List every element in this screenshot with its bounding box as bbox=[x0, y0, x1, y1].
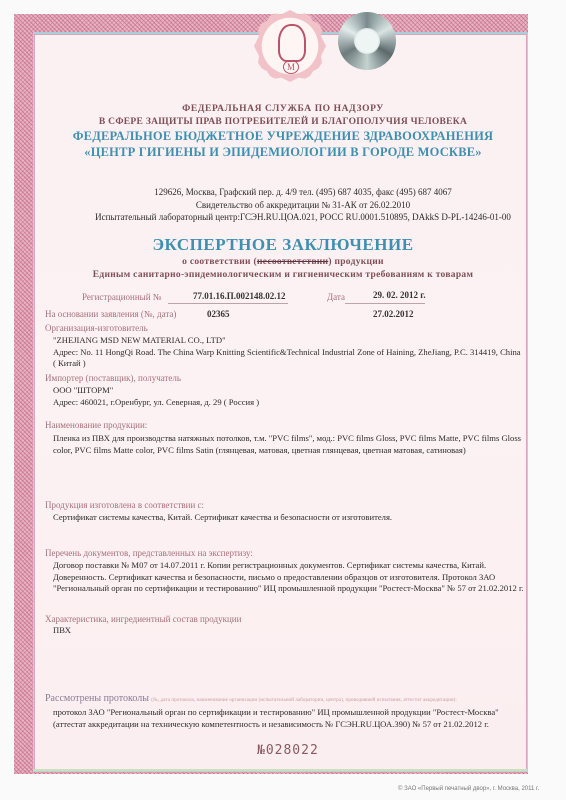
importer-address: Адрес: 460021, г.Оренбург, ул. Северная,… bbox=[53, 397, 525, 409]
contact-block: 129626, Москва, Графский пер. д. 4/9 тел… bbox=[0, 186, 566, 224]
importer-body: ООО "ШТОРМ" Адрес: 460021, г.Оренбург, у… bbox=[53, 385, 525, 408]
date-underline bbox=[345, 303, 425, 304]
importer-label: Импортер (поставщик), получатель bbox=[45, 373, 181, 383]
hologram-seal-icon bbox=[338, 12, 396, 70]
composition-text: ПВХ bbox=[53, 625, 525, 637]
manufacturer-body: "ZHEJIANG MSD NEW MATERIAL CO., LTD" Адр… bbox=[53, 335, 525, 370]
document-subtitle: о соответствии (несоответствии) продукци… bbox=[0, 257, 566, 267]
contact-lab: Испытательный лабораторный центр:ГСЭН.RU… bbox=[0, 211, 566, 224]
product-text: Пленка из ПВХ для производства натяжных … bbox=[53, 433, 525, 456]
footer-imprint: © ЗАО «Первый печатный двор», г. Москва,… bbox=[398, 786, 539, 792]
document-subtitle-2: Единым санитарно-эпидемиологическим и ги… bbox=[0, 270, 566, 280]
emblem-monogram-icon: M bbox=[283, 60, 299, 74]
subtitle-struck: несоответствии bbox=[257, 257, 328, 267]
subtitle-prefix: о соответствии ( bbox=[182, 257, 257, 267]
reg-label: Регистрационный № bbox=[82, 292, 161, 302]
compliance-text: Сертификат системы качества, Китай. Серт… bbox=[53, 512, 525, 524]
contact-address: 129626, Москва, Графский пер. д. 4/9 тел… bbox=[0, 186, 566, 199]
reg-underline bbox=[168, 303, 288, 304]
documents-label: Перечень документов, представленных на э… bbox=[45, 548, 253, 558]
institution-line-2: «ЦЕНТР ГИГИЕНЫ И ЭПИДЕМИОЛОГИИ В ГОРОДЕ … bbox=[0, 145, 566, 160]
protocols-heading: Рассмотрены протоколы (№, дата протокола… bbox=[45, 693, 525, 704]
protocols-label: Рассмотрены протоколы bbox=[45, 693, 149, 704]
protocols-text: протокол ЗАО "Региональный орган по серт… bbox=[53, 707, 525, 730]
reg-value: 77.01.16.П.002148.02.12 bbox=[193, 291, 286, 301]
date-value: 29. 02. 2012 г. bbox=[373, 290, 426, 300]
application-number: 02365 bbox=[207, 309, 230, 319]
date-label: Дата bbox=[327, 292, 345, 302]
protocols-hint: (№, дата протокола, наименование организ… bbox=[151, 698, 457, 703]
emblem-figure-icon bbox=[278, 24, 306, 62]
serial-number: №028022 bbox=[257, 743, 319, 758]
product-label: Наименование продукции: bbox=[45, 420, 147, 430]
documents-text: Договор поставки № М07 от 14.07.2011 г. … bbox=[53, 560, 525, 595]
compliance-label: Продукция изготовлена в соответствии с: bbox=[45, 500, 204, 510]
contact-accreditation: Свидетельство об аккредитации № 31-АК от… bbox=[0, 199, 566, 212]
application-label: На основании заявления (№, дата) bbox=[45, 309, 176, 319]
manufacturer-label: Организация-изготовитель bbox=[45, 323, 148, 333]
panel-edge-bottom bbox=[33, 769, 527, 771]
agency-line-1: ФЕДЕРАЛЬНАЯ СЛУЖБА ПО НАДЗОРУ bbox=[0, 104, 566, 114]
institution-line-1: ФЕДЕРАЛЬНОЕ БЮДЖЕТНОЕ УЧРЕЖДЕНИЕ ЗДРАВОО… bbox=[0, 129, 566, 144]
importer-name: ООО "ШТОРМ" bbox=[53, 385, 525, 397]
document-title: ЭКСПЕРТНОЕ ЗАКЛЮЧЕНИЕ bbox=[0, 235, 566, 255]
agency-line-2: В СФЕРЕ ЗАЩИТЫ ПРАВ ПОТРЕБИТЕЛЕЙ И БЛАГО… bbox=[0, 117, 566, 127]
composition-label: Характеристика, ингредиентный состав про… bbox=[45, 614, 241, 624]
manufacturer-address: Адрес: No. 11 HongQi Road. The China War… bbox=[53, 347, 525, 370]
manufacturer-name: "ZHEJIANG MSD NEW MATERIAL CO., LTD" bbox=[53, 335, 525, 347]
application-date: 27.02.2012 bbox=[373, 309, 414, 319]
subtitle-suffix: ) продукции bbox=[328, 257, 384, 267]
